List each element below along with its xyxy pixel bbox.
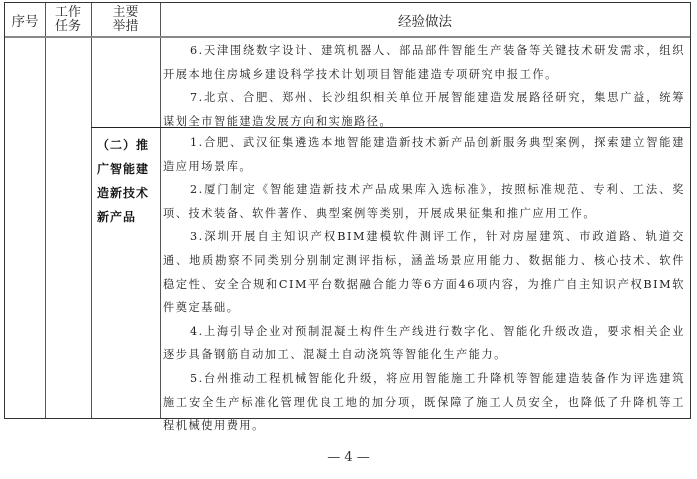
column-divider — [160, 3, 161, 418]
header-index: 序号 — [5, 3, 45, 36]
column-divider — [91, 3, 92, 418]
practice-item-3: 3.深圳开展自主知识产权BIM建模软件测评工作，针对房屋建筑、市政道路、轨道交通… — [163, 225, 685, 319]
header-measure: 主要 举措 — [91, 3, 160, 36]
table-row-1-practice: 6.天津围绕数字设计、建筑机器人、部品部件智能生产装备等关键技术研发需求，组织开… — [163, 39, 685, 133]
header-task-line1: 工作 — [55, 6, 81, 20]
measure-line: 造新技术 — [97, 181, 157, 205]
measure-line: 广智能建 — [97, 157, 157, 181]
measure-line: 新产品 — [97, 205, 157, 229]
header-divider — [5, 36, 690, 38]
practice-item-5: 5.台州推动工程机械智能化升级，将应用智能施工升降机等智能建造装备作为评选建筑施… — [163, 367, 685, 438]
page-number: — 4 — — [0, 450, 697, 465]
practice-item-4: 4.上海引导企业对预制混凝土构件生产线进行数字化、智能化升级改造，要求相关企业逐… — [163, 320, 685, 367]
measure-line: （二）推 — [97, 133, 157, 157]
header-measure-line2: 举措 — [112, 20, 138, 34]
experience-table: 序号 工作 任务 主要 举措 经验做法 6.天津围绕数字设计、建筑机器人、部品部… — [4, 2, 691, 419]
header-measure-line1: 主要 — [112, 6, 138, 20]
header-practice: 经验做法 — [160, 3, 690, 36]
column-divider — [45, 3, 46, 418]
practice-item-1: 1.合肥、武汉征集遴选本地智能建造新技术新产品创新服务典型案例，探索建立智能建造… — [163, 131, 685, 178]
header-task-line2: 任务 — [55, 20, 81, 34]
practice-item-6: 6.天津围绕数字设计、建筑机器人、部品部件智能生产装备等关键技术研发需求，组织开… — [163, 39, 685, 86]
measure-promote-new-tech: （二）推 广智能建 造新技术 新产品 — [97, 133, 157, 229]
practice-item-7: 7.北京、合肥、郑州、长沙组织相关单位开展智能建造发展路径研究，集思广益，统筹谋… — [163, 86, 685, 133]
header-practice-label: 经验做法 — [398, 10, 452, 30]
header-index-label: 序号 — [12, 10, 39, 30]
practice-item-2: 2.厦门制定《智能建造新技术产品成果库入选标准》，按照标准规范、专利、工法、奖项… — [163, 178, 685, 225]
header-task: 工作 任务 — [45, 3, 91, 36]
table-row-2-practice: 1.合肥、武汉征集遴选本地智能建造新技术新产品创新服务典型案例，探索建立智能建造… — [163, 131, 685, 438]
